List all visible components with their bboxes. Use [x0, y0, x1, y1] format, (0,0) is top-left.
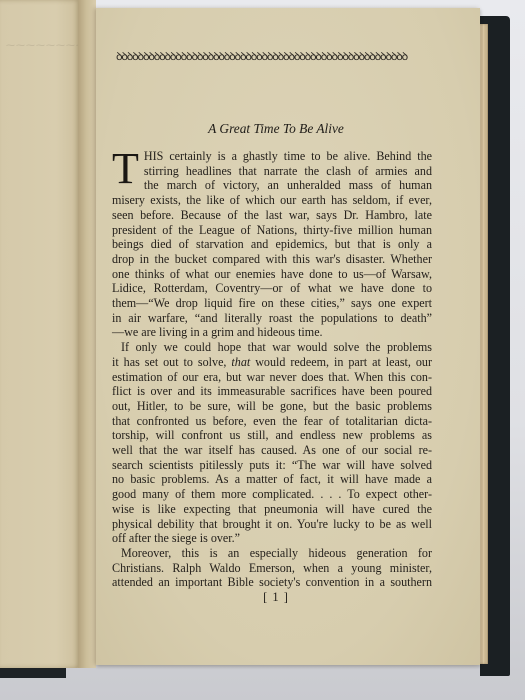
text-line: misery exists, the like of which our ear… [112, 193, 432, 208]
book-gutter [78, 0, 96, 668]
chapter-title: A Great Time To Be Alive [96, 121, 456, 137]
text-line: Christians. Ralph Waldo Emerson, when a … [112, 561, 432, 576]
text-line: well that the war itself has caused. As … [112, 443, 432, 458]
left-page: ⁓⁓⁓⁓⁓⁓⁓⁓⁓⁓ [0, 0, 80, 668]
text-line: search scientists pitilessly puts it: “T… [112, 458, 432, 473]
text-line: stirring headlines that narrate the clas… [112, 164, 432, 179]
right-page: ꝺꝺꝺꝺꝺꝺꝺꝺꝺꝺꝺꝺꝺꝺꝺꝺꝺꝺꝺꝺꝺꝺꝺꝺꝺꝺꝺꝺꝺꝺꝺꝺꝺꝺꝺꝺꝺꝺꝺꝺ… [96, 8, 480, 665]
text-line: one thinks of what our enemies have done… [112, 267, 432, 282]
paragraph-2: If only we could hope that war would sol… [112, 340, 432, 546]
text-line: drop in the bucket compared with this wa… [112, 252, 432, 267]
text-line: out, Hitler, to be sure, will be gone, b… [112, 399, 432, 414]
text-line: no basic problems. As a matter of fact, … [112, 472, 432, 487]
text-line: seen before. Because of the last war, sa… [112, 208, 432, 223]
text-line: physical debility that brought it on. Yo… [112, 517, 432, 532]
text-line: beings died of starvation and epidemics,… [112, 237, 432, 252]
text-line: estimation of our era, but war never doe… [112, 370, 432, 385]
text-line: attended an important Bible society's co… [112, 575, 432, 590]
paragraph-1: T HIS certainly is a ghastly time to be … [112, 149, 432, 340]
drop-cap: T [112, 151, 139, 187]
text-line: —we are living in a grim and hideous tim… [112, 325, 432, 340]
ornamental-border: ꝺꝺꝺꝺꝺꝺꝺꝺꝺꝺꝺꝺꝺꝺꝺꝺꝺꝺꝺꝺꝺꝺꝺꝺꝺꝺꝺꝺꝺꝺꝺꝺꝺꝺꝺꝺꝺꝺꝺꝺ… [116, 52, 436, 62]
paragraph-3: Moreover, this is an especially hideous … [112, 546, 432, 590]
text-line: wise is like expecting that pneumonia wi… [112, 502, 432, 517]
text-line: good many of them more complicated. . . … [112, 487, 432, 502]
text-line: president of the League of Nations, thir… [112, 223, 432, 238]
text-line: the march of victory, an unheralded mass… [112, 178, 432, 193]
text-line: Lidice, Rotterdam, Coventry—or of what w… [112, 281, 432, 296]
text-line: in air warfare, “and literally roast the… [112, 311, 432, 326]
body-text: T HIS certainly is a ghastly time to be … [112, 149, 432, 590]
emphasis: that [231, 355, 250, 369]
text-line: torship, will confront us still, and end… [112, 428, 432, 443]
text-line: off after the siege is over.” [112, 531, 432, 546]
text-line: them—“We drop liquid fire on these citie… [112, 296, 432, 311]
page-number: [ 1 ] [96, 590, 456, 605]
text-line: If only we could hope that war would sol… [112, 340, 432, 355]
text-line: flict is over and its immeasurable sacri… [112, 384, 432, 399]
text-line: that confronted us before, even the fear… [112, 414, 432, 429]
text-line: HIS certainly is a ghastly time to be al… [112, 149, 432, 164]
text-line: it has set out to solve, that would rede… [112, 355, 432, 370]
text-line: Moreover, this is an especially hideous … [112, 546, 432, 561]
